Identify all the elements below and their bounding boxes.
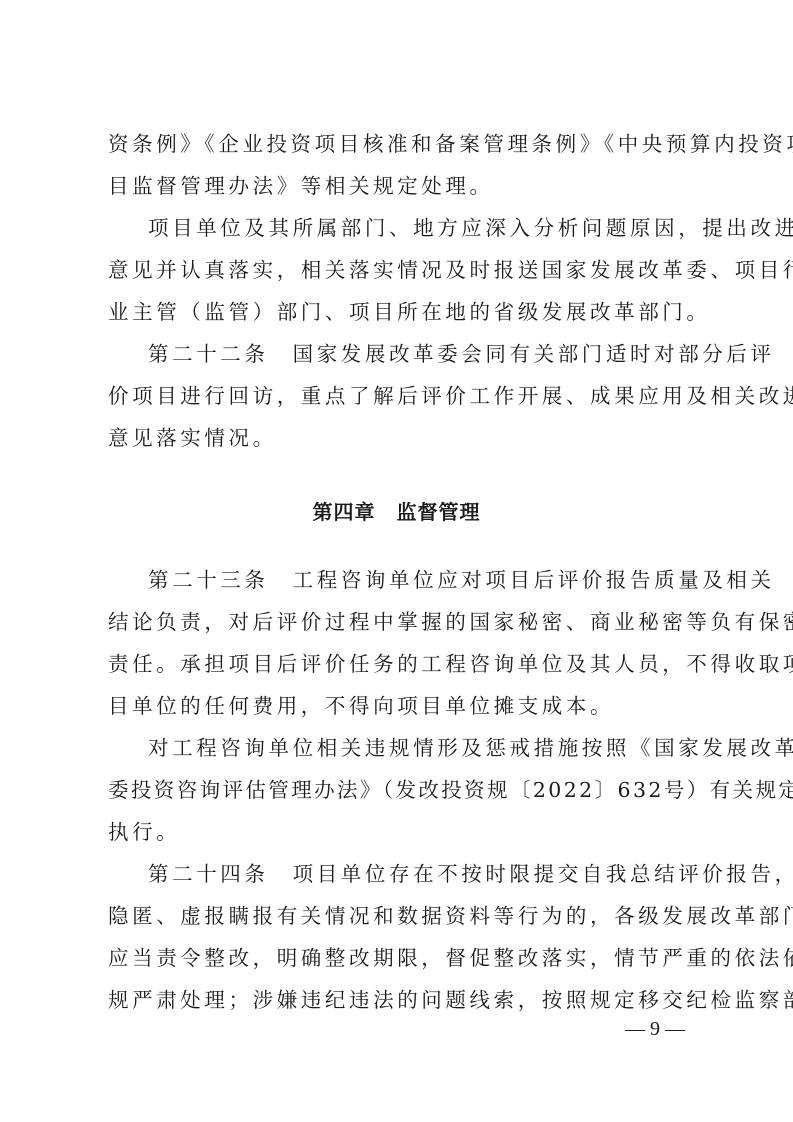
text-line: 项目单位及其所属部门、地方应深入分析问题原因，提出改进 bbox=[148, 214, 688, 242]
text-line: 规严肃处理；涉嫌违纪违法的问题线索，按照规定移交纪检监察部 bbox=[108, 986, 688, 1014]
chapter-heading: 第四章 监督管理 bbox=[0, 496, 793, 525]
article-22-start: 第二十二条 国家发展改革委会同有关部门适时对部分后评 bbox=[148, 340, 688, 368]
text-line: 目监督管理办法》等相关规定处理。 bbox=[108, 172, 688, 200]
text-line: 执行。 bbox=[108, 818, 688, 846]
text-line: 对工程咨询单位相关违规情形及惩戒措施按照《国家发展改革 bbox=[148, 734, 688, 762]
text-line: 价项目进行回访，重点了解后评价工作开展、成果应用及相关改进 bbox=[108, 382, 688, 410]
text-line: 责任。承担项目后评价任务的工程咨询单位及其人员，不得收取项 bbox=[108, 650, 688, 678]
text-line: 意见并认真落实，相关落实情况及时报送国家发展改革委、项目行 bbox=[108, 256, 688, 284]
article-24-start: 第二十四条 项目单位存在不按时限提交自我总结评价报告， bbox=[148, 860, 688, 888]
text-line: 应当责令整改，明确整改期限，督促整改落实，情节严重的依法依 bbox=[108, 944, 688, 972]
text-line: 目单位的任何费用，不得向项目单位摊支成本。 bbox=[108, 692, 688, 720]
text-line: 业主管（监管）部门、项目所在地的省级发展改革部门。 bbox=[108, 298, 688, 326]
text-line: 委投资咨询评估管理办法》（发改投资规〔2022〕632号）有关规定 bbox=[108, 776, 688, 804]
text-line: 资条例》《企业投资项目核准和备案管理条例》《中央预算内投资项 bbox=[108, 130, 688, 158]
page-number: — 9 — bbox=[625, 1018, 685, 1041]
text-line: 意见落实情况。 bbox=[108, 424, 688, 452]
text-line: 结论负责，对后评价过程中掌握的国家秘密、商业秘密等负有保密 bbox=[108, 608, 688, 636]
document-page: 资条例》《企业投资项目核准和备案管理条例》《中央预算内投资项 目监督管理办法》等… bbox=[0, 0, 793, 1122]
article-23-start: 第二十三条 工程咨询单位应对项目后评价报告质量及相关 bbox=[148, 566, 688, 594]
text-line: 隐匿、虚报瞒报有关情况和数据资料等行为的，各级发展改革部门 bbox=[108, 902, 688, 930]
